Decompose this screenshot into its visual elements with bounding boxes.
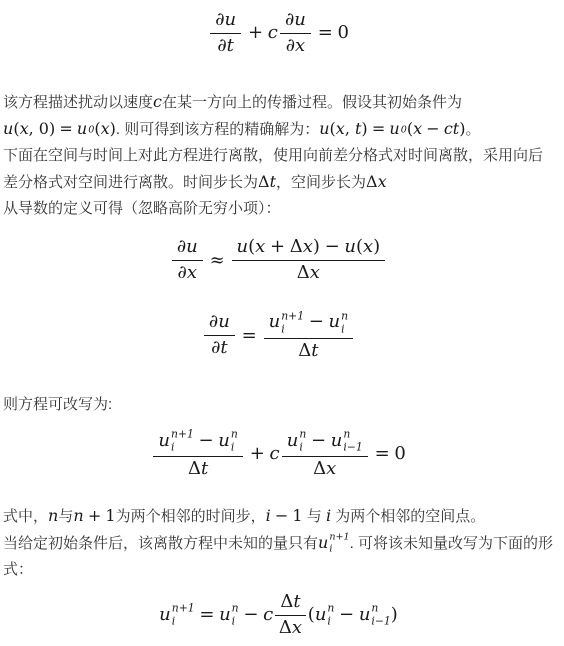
math-base: u xyxy=(158,431,170,452)
math-token: − xyxy=(339,604,354,625)
math-token: + xyxy=(88,506,101,525)
math-superscript: n+1 xyxy=(171,429,194,442)
math-token: − xyxy=(199,431,214,452)
math-base: u xyxy=(159,604,171,625)
math-token: + xyxy=(270,237,285,258)
math-subsup: u0 xyxy=(389,116,406,142)
math-subscript: i xyxy=(281,323,304,336)
math-token: x xyxy=(336,119,345,138)
math-base: u xyxy=(318,530,328,556)
text-run: 式中， xyxy=(3,508,48,525)
paragraph-rewrite-intro: 则方程可改写为: xyxy=(3,392,554,418)
text-run: 为两个相邻的空间点。 xyxy=(331,508,485,525)
math-scripts: n+1i xyxy=(172,602,195,628)
math-token: x xyxy=(378,172,387,191)
math-token: t xyxy=(293,592,300,613)
math-subscript: i−1 xyxy=(343,442,362,455)
math-subsup: uni xyxy=(218,428,238,454)
math-token: 0 xyxy=(338,22,349,43)
math-subscript: 0 xyxy=(88,124,94,135)
fraction-denominator: ∂t xyxy=(211,336,228,359)
math-token: 1 xyxy=(292,506,302,525)
math-base: u xyxy=(218,431,230,452)
math-subscript: i xyxy=(232,615,239,628)
math-base: u xyxy=(329,312,341,333)
math-token: = xyxy=(372,119,385,138)
math-subsup: un+1i xyxy=(269,310,304,336)
math-token: x xyxy=(363,237,373,258)
math-subscript: i xyxy=(172,615,195,628)
fraction-numerator: un+1i−uni xyxy=(264,310,354,339)
math-token: n xyxy=(73,506,83,525)
math-token: − xyxy=(309,312,324,333)
paragraph-unknown-term: 当给定初始条件后，该离散方程中未知的量只有un+1i. 可将该未知量改写为下面的… xyxy=(3,530,554,583)
math-token: x xyxy=(255,237,265,258)
text-run: ，空间步长为 xyxy=(276,174,366,191)
math-base: u xyxy=(77,116,87,142)
fraction-numerator: ∂u xyxy=(280,10,311,34)
math-token: = xyxy=(375,443,390,464)
math-token: ( xyxy=(248,237,255,258)
math-subscript: i xyxy=(299,442,306,455)
math-token: x xyxy=(292,618,302,639)
paragraph-derivative-definition: 从导数的定义可得（忽略高阶无穷小项）： xyxy=(3,196,554,222)
math-token: + xyxy=(248,22,263,43)
fraction-numerator: ∂u xyxy=(172,237,203,261)
math-token: ∂u xyxy=(215,10,236,31)
math-fraction: ∂u∂t xyxy=(210,10,241,56)
inline-math: Δx xyxy=(366,172,387,191)
math-token: x xyxy=(303,237,313,258)
math-base: u xyxy=(359,604,371,625)
math-subsup: un+1i xyxy=(159,602,194,628)
math-token: ∂u xyxy=(285,10,306,31)
math-fraction: un+1i−uniΔt xyxy=(264,310,354,362)
math-base: u xyxy=(331,431,343,452)
math-subsup: uni xyxy=(287,428,307,454)
math-subsup: uni−1 xyxy=(331,428,363,454)
math-token: c xyxy=(268,22,278,43)
math-fraction: ∂u∂x xyxy=(280,10,311,56)
math-token: = xyxy=(242,325,257,346)
fraction-numerator: ∂u xyxy=(204,312,235,336)
math-token: = xyxy=(199,604,214,625)
math-token: x xyxy=(413,119,422,138)
math-subsup: un+1i xyxy=(158,428,193,454)
math-superscript: n+1 xyxy=(329,532,349,544)
math-token: ) xyxy=(373,237,380,258)
math-subscript: i xyxy=(171,442,194,455)
fraction-denominator: Δx xyxy=(313,457,336,480)
math-token: x xyxy=(310,263,320,284)
math-scripts: ni xyxy=(232,602,239,628)
math-subscript: i−1 xyxy=(371,615,390,628)
inline-math: i−1 xyxy=(266,506,303,525)
math-token: ) xyxy=(361,119,367,138)
math-subsup: un+1i xyxy=(318,530,350,556)
math-token: ) xyxy=(49,119,55,138)
text-run: 为两个相邻的时间步， xyxy=(116,508,266,525)
math-token: + xyxy=(250,443,265,464)
math-token: ∂x xyxy=(286,36,305,57)
math-token: Δ xyxy=(280,592,293,613)
math-token: Δ xyxy=(258,172,270,191)
math-base: u xyxy=(389,116,399,142)
fraction-denominator: Δx xyxy=(279,616,302,639)
paragraph-description: 该方程描述扰动以速度c在某一方向上的传播过程。假设其初始条件为u(x, 0)=u… xyxy=(3,89,554,143)
math-token: ∂t xyxy=(217,36,234,57)
equation-space-difference: ∂u∂x≈u(x+Δx)−u(x)Δx xyxy=(3,237,554,283)
math-token: ct xyxy=(444,119,459,138)
math-token: ∂u xyxy=(177,237,198,258)
math-token: 1 xyxy=(105,506,115,525)
math-token: Δ xyxy=(366,172,378,191)
math-token: ( xyxy=(356,237,363,258)
math-token: ∂t xyxy=(211,338,228,359)
text-run: . 则可得到该方程的精确解为： xyxy=(116,121,319,138)
math-fraction: uni−uni−1Δx xyxy=(282,428,368,480)
math-token: x xyxy=(326,459,336,480)
math-base: u xyxy=(315,604,327,625)
paragraph-discretization: 下面在空间与时间上对此方程进行离散，使用向前差分格式对时间离散，采用向后差分格式… xyxy=(3,143,554,196)
math-token: ) xyxy=(391,604,398,625)
math-scripts: ni−1 xyxy=(371,602,390,628)
math-token: − xyxy=(311,431,326,452)
math-scripts: ni−1 xyxy=(343,429,362,455)
math-subsup: u0 xyxy=(77,116,94,142)
math-token: − xyxy=(325,237,340,258)
math-token: Δ xyxy=(188,459,201,480)
math-token: − xyxy=(275,506,288,525)
math-scripts: n+1i xyxy=(329,532,349,555)
math-token: n xyxy=(48,506,58,525)
paragraph-neighbor-indices: 式中，n与n+1为两个相邻的时间步，i−1 与 i 为两个相邻的空间点。 xyxy=(3,503,554,530)
math-token: c xyxy=(153,92,162,111)
inline-math: n xyxy=(48,506,58,525)
math-superscript: n+1 xyxy=(281,310,304,323)
inline-math: c xyxy=(153,92,162,111)
math-token: = xyxy=(59,119,72,138)
fraction-denominator: Δt xyxy=(298,339,318,362)
math-token: = xyxy=(318,22,333,43)
text-run: 当给定初始条件后，该离散方程中未知的量只有 xyxy=(3,535,318,552)
text-run: 从导数的定义可得（忽略高阶无穷小项）： xyxy=(3,200,281,217)
text-run: 该方程描述扰动以速度 xyxy=(3,94,153,111)
math-fraction: un+1i−uniΔt xyxy=(153,428,243,480)
math-token: , xyxy=(345,119,355,138)
math-subsup: uni xyxy=(315,602,335,628)
math-expression: un+1i−uniΔt+cuni−uni−1Δx=0 xyxy=(151,428,406,480)
math-expression: ∂u∂t+c∂u∂x=0 xyxy=(208,10,349,56)
math-scripts: n+1i xyxy=(281,310,304,336)
inline-math: un+1i xyxy=(318,533,350,552)
math-token: Δ xyxy=(290,237,303,258)
math-token: x xyxy=(101,119,110,138)
math-superscript: n+1 xyxy=(172,602,195,615)
math-token: t xyxy=(311,341,318,362)
math-token: Δ xyxy=(279,618,292,639)
fraction-denominator: ∂x xyxy=(286,34,305,57)
math-scripts: 0 xyxy=(401,124,407,135)
inline-math: Δt xyxy=(258,172,276,191)
math-token: x xyxy=(20,119,29,138)
fraction-numerator: un+1i−uni xyxy=(153,428,243,457)
math-scripts: ni xyxy=(231,429,238,455)
math-token: − xyxy=(243,604,258,625)
math-token: Δ xyxy=(313,459,326,480)
text-run: 在某一方向上的传播过程。假设其初始条件为 xyxy=(162,94,462,111)
math-subscript: i xyxy=(341,323,348,336)
math-base: u xyxy=(287,431,299,452)
math-token: c xyxy=(269,443,279,464)
inline-math: u(x, t)=u0(x−ct) xyxy=(319,119,465,138)
math-token: ≈ xyxy=(210,250,225,271)
math-scripts: ni xyxy=(299,429,306,455)
math-token: u xyxy=(3,119,13,138)
math-subsup: uni xyxy=(219,602,239,628)
math-fraction: ∂u∂x xyxy=(172,237,203,283)
document-page: { "page": { "background": "#ffffff", "te… xyxy=(0,0,564,646)
math-fraction: u(x+Δx)−u(x)Δx xyxy=(232,237,386,283)
math-scripts: 0 xyxy=(88,124,94,135)
math-subscript: i xyxy=(327,615,334,628)
math-token: , xyxy=(29,119,39,138)
text-run: 则方程可改写为: xyxy=(3,396,112,413)
math-scripts: ni xyxy=(327,602,334,628)
article-content: ∂u∂t+c∂u∂x=0 该方程描述扰动以速度c在某一方向上的传播过程。假设其初… xyxy=(3,10,554,638)
fraction-numerator: u(x+Δx)−u(x) xyxy=(232,237,386,261)
math-fraction: ∂u∂t xyxy=(204,312,235,358)
math-expression: un+1i=uni−cΔtΔx(uni−uni−1) xyxy=(159,592,398,638)
math-token: ∂u xyxy=(209,312,230,333)
math-scripts: n+1i xyxy=(171,429,194,455)
fraction-numerator: uni−uni−1 xyxy=(282,428,368,457)
math-expression: ∂u∂t=un+1i−uniΔt xyxy=(202,310,356,362)
fraction-numerator: Δt xyxy=(275,592,305,616)
text-run: 。 xyxy=(465,121,480,138)
math-scripts: ni xyxy=(341,310,348,336)
math-fraction: ΔtΔx xyxy=(275,592,305,638)
text-run: 与 xyxy=(58,508,73,525)
equation-update-formula: un+1i=uni−cΔtΔx(uni−uni−1) xyxy=(3,592,554,638)
math-token: 0 xyxy=(394,443,405,464)
math-token: ( xyxy=(308,604,315,625)
math-subscript: i xyxy=(231,442,238,455)
equation-time-difference: ∂u∂t=un+1i−uniΔt xyxy=(3,310,554,362)
math-subsup: uni xyxy=(329,310,349,336)
math-subsup: uni−1 xyxy=(359,602,391,628)
math-token: − xyxy=(426,119,439,138)
math-token: t xyxy=(201,459,208,480)
fraction-numerator: ∂u xyxy=(210,10,241,34)
math-token: ) xyxy=(313,237,320,258)
text-run: 与 xyxy=(303,508,326,525)
math-token: i xyxy=(266,506,271,525)
math-token: c xyxy=(263,604,273,625)
fraction-denominator: ∂x xyxy=(178,261,197,284)
math-token: u xyxy=(344,237,356,258)
math-base: u xyxy=(269,312,281,333)
math-subscript: i xyxy=(329,543,349,555)
math-base: u xyxy=(219,604,231,625)
math-subscript: 0 xyxy=(401,124,407,135)
math-token: 0 xyxy=(39,119,49,138)
math-token: Δ xyxy=(298,341,311,362)
fraction-denominator: Δt xyxy=(188,457,208,480)
fraction-denominator: ∂t xyxy=(217,34,234,57)
math-token: Δ xyxy=(297,263,310,284)
fraction-denominator: Δx xyxy=(297,261,320,284)
inline-math: u(x, 0)=u0(x) xyxy=(3,119,116,138)
math-expression: ∂u∂x≈u(x+Δx)−u(x)Δx xyxy=(170,237,388,283)
inline-math: n+1 xyxy=(73,506,115,525)
math-token: u xyxy=(237,237,249,258)
equation-advection: ∂u∂t+c∂u∂x=0 xyxy=(3,10,554,56)
math-token: ∂x xyxy=(178,263,197,284)
equation-discrete-scheme: un+1i−uniΔt+cuni−uni−1Δx=0 xyxy=(3,428,554,480)
math-token: u xyxy=(319,119,329,138)
